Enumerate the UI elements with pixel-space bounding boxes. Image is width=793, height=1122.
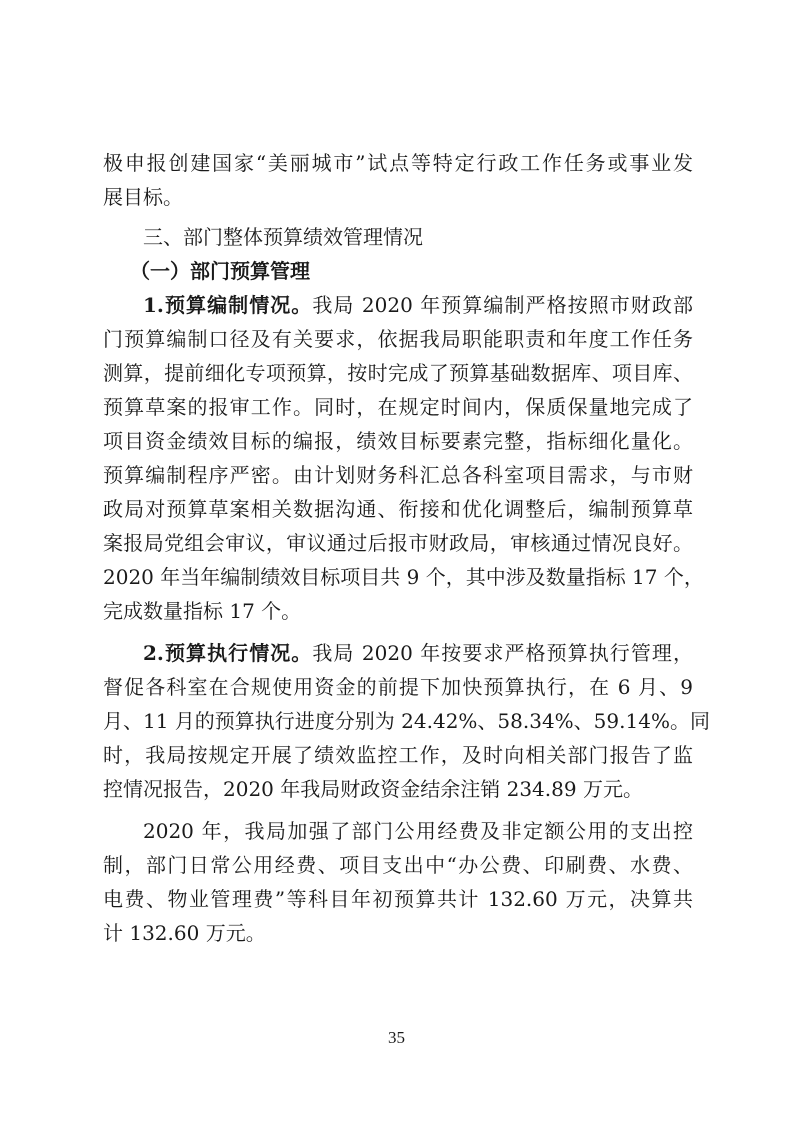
paragraph-line: 预算草案的报审工作。同时，在规定时间内，保质保量地完成了 [103,394,693,420]
paragraph-line: 计 132.60 万元。 [103,920,693,946]
paragraph-line: 督促各科室在合规使用资金的前提下加快预算执行，在 6 月、9 [103,674,693,700]
page-number: 35 [0,1028,793,1048]
paragraph-lead: 1.预算编制情况。 [143,293,312,317]
paragraph-line: 测算，提前细化专项预算，按时完成了预算基础数据库、项目库、 [103,360,693,386]
paragraph-line: 月、11 月的预算执行进度分别为 24.42%、58.34%、59.14%。同 [103,708,693,734]
subsection-heading: （一）部门预算管理 [130,258,690,284]
document-page: 极申报创建国家“美丽城市”试点等特定行政工作任务或事业发 展目标。 三、部门整体… [0,0,793,1122]
paragraph-line: 门预算编制口径及有关要求，依据我局职能职责和年度工作任务 [103,326,693,352]
paragraph-line: 控情况报告，2020 年我局财政资金结余注销 234.89 万元。 [103,776,693,802]
paragraph-lead: 2.预算执行情况。 [143,641,312,665]
section-heading: 三、部门整体预算绩效管理情况 [143,224,693,250]
paragraph-line: 案报局党组会审议，审议通过后报市财政局，审核通过情况良好。 [103,530,693,556]
paragraph-line: 制，部门日常公用经费、项目支出中“办公费、印刷费、水费、 [103,852,693,878]
paragraph-line: 2020 年，我局加强了部门公用经费及非定额公用的支出控 [143,818,693,844]
paragraph-line: 2020 年当年编制绩效目标项目共 9 个，其中涉及数量指标 17 个， [103,564,693,590]
paragraph-line: 预算编制程序严密。由计划财务科汇总各科室项目需求，与市财 [103,462,693,488]
paragraph-line: 时，我局按规定开展了绩效监控工作，及时向相关部门报告了监 [103,742,693,768]
paragraph-line: 电费、物业管理费”等科目年初预算共计 132.60 万元，决算共 [103,886,693,912]
paragraph-line: 完成数量指标 17 个。 [103,598,693,624]
paragraph-line: 政局对预算草案相关数据沟通、衔接和优化调整后，编制预算草 [103,496,693,522]
paragraph-line: 1.预算编制情况。我局 2020 年预算编制严格按照市财政部 [143,292,693,318]
paragraph-line: 2.预算执行情况。我局 2020 年按要求严格预算执行管理， [143,640,693,666]
paragraph-text: 我局 2020 年按要求严格预算执行管理， [312,641,693,665]
paragraph-line: 项目资金绩效目标的编报，绩效目标要素完整，指标细化量化。 [103,428,693,454]
paragraph-line: 展目标。 [103,184,693,210]
paragraph-line: 极申报创建国家“美丽城市”试点等特定行政工作任务或事业发 [103,150,693,176]
paragraph-text: 我局 2020 年预算编制严格按照市财政部 [312,293,693,317]
